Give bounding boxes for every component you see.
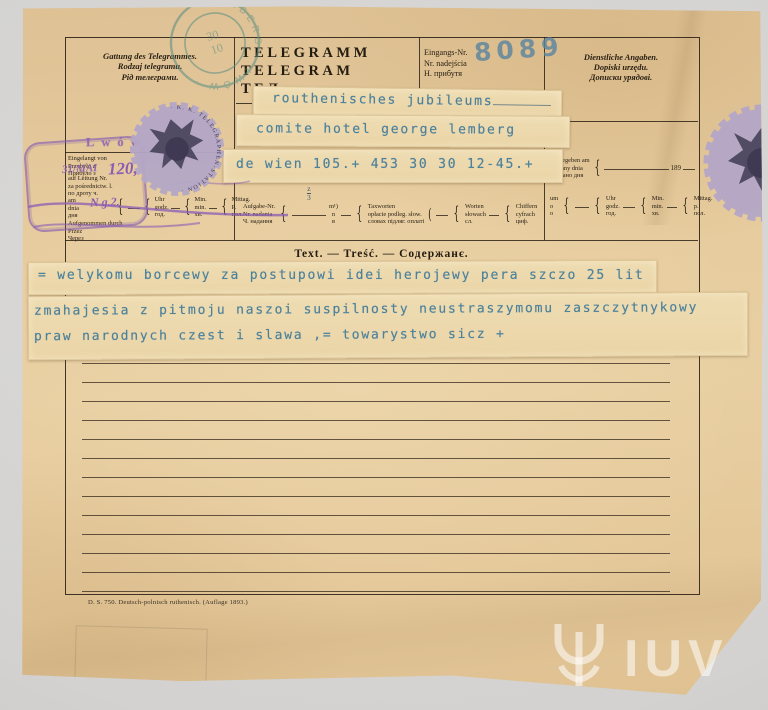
tax-words-labels: Taxworten opłacie podleg. słow. словах п… <box>368 203 425 226</box>
ruled-lines <box>82 345 670 595</box>
fill-line <box>436 214 448 216</box>
fill-line <box>575 206 589 208</box>
brace-glyph <box>638 198 649 216</box>
entry-number-uk: Н. прибутя <box>424 69 467 80</box>
printer-imprint: D. S. 750. Deutsch-polnisch ruthenisch. … <box>88 599 248 606</box>
words-labels: Worten słowach сл. <box>465 203 486 226</box>
official-notes-box: Dienstliche Angaben. Dopiski urzędu. Доп… <box>546 53 696 83</box>
ciphers-labels: Chiffern cyfrach циф. <box>516 203 538 226</box>
at-labels: um o о <box>550 195 558 218</box>
typed-underline <box>493 102 551 106</box>
address-rule-stub <box>236 103 252 104</box>
brace-glyph <box>592 160 603 178</box>
scanner-backdrop: Gattung des Telegrammes. Rodzaj telegram… <box>0 0 768 710</box>
brace-glyph <box>680 198 691 216</box>
official-notes-de: Dienstliche Angaben. <box>546 53 696 63</box>
hour-labels-right: Uhr godz. год. <box>606 195 620 218</box>
year-prefix: 189 <box>671 164 682 172</box>
brace-glyph <box>451 206 462 224</box>
message-line-3: praw narodnych czest i slawa ,= towaryst… <box>34 327 506 344</box>
faint-emboss-stamp <box>74 625 207 686</box>
entry-number-pl: Nr. nadejścia <box>424 59 467 70</box>
telegram-sheet: Gattung des Telegrammes. Rodzaj telegram… <box>20 5 764 697</box>
fill-line <box>341 214 351 216</box>
message-line-1: = welykomu borcewy za postupowi idei her… <box>38 268 644 283</box>
postmark-month: 10 <box>209 40 225 57</box>
minute-labels-right: Min. min. хв. <box>652 195 664 218</box>
brace-glyph <box>561 198 572 216</box>
official-notes-pl: Dopiski urzędu. <box>546 63 696 73</box>
tulip-watermark-icon <box>548 618 610 700</box>
watermark-text: IUV <box>624 629 729 689</box>
m-note-stack: m¹) n в <box>329 203 338 226</box>
fill-line <box>667 206 677 208</box>
official-notes-uk: Дописки урядові. <box>546 73 696 83</box>
brace-glyph <box>502 206 513 224</box>
entry-number-de: Eingangs-Nr. <box>424 48 467 59</box>
fill-line <box>683 168 695 170</box>
fill-line <box>489 214 499 216</box>
submit-time-row: um o о Uhr godz. год. Min. min. хв. M <box>550 195 712 218</box>
entry-number-box: Eingangs-Nr. Nr. nadejścia Н. прибутя <box>424 48 467 80</box>
fill-line <box>604 168 668 170</box>
paper-seal-right: · K. K. TELEGRAPHEN-STATION · <box>696 97 768 229</box>
submitted-row: Aufgegeben am Wydany dnia Вислано дня 18… <box>549 157 695 180</box>
paren-glyph <box>427 206 433 224</box>
brace-glyph <box>592 198 603 216</box>
fill-line <box>623 206 635 208</box>
brace-glyph <box>354 206 365 224</box>
address-line-2: comite hotel george lemberg <box>256 121 516 137</box>
digitization-watermark: IUV <box>548 618 729 700</box>
